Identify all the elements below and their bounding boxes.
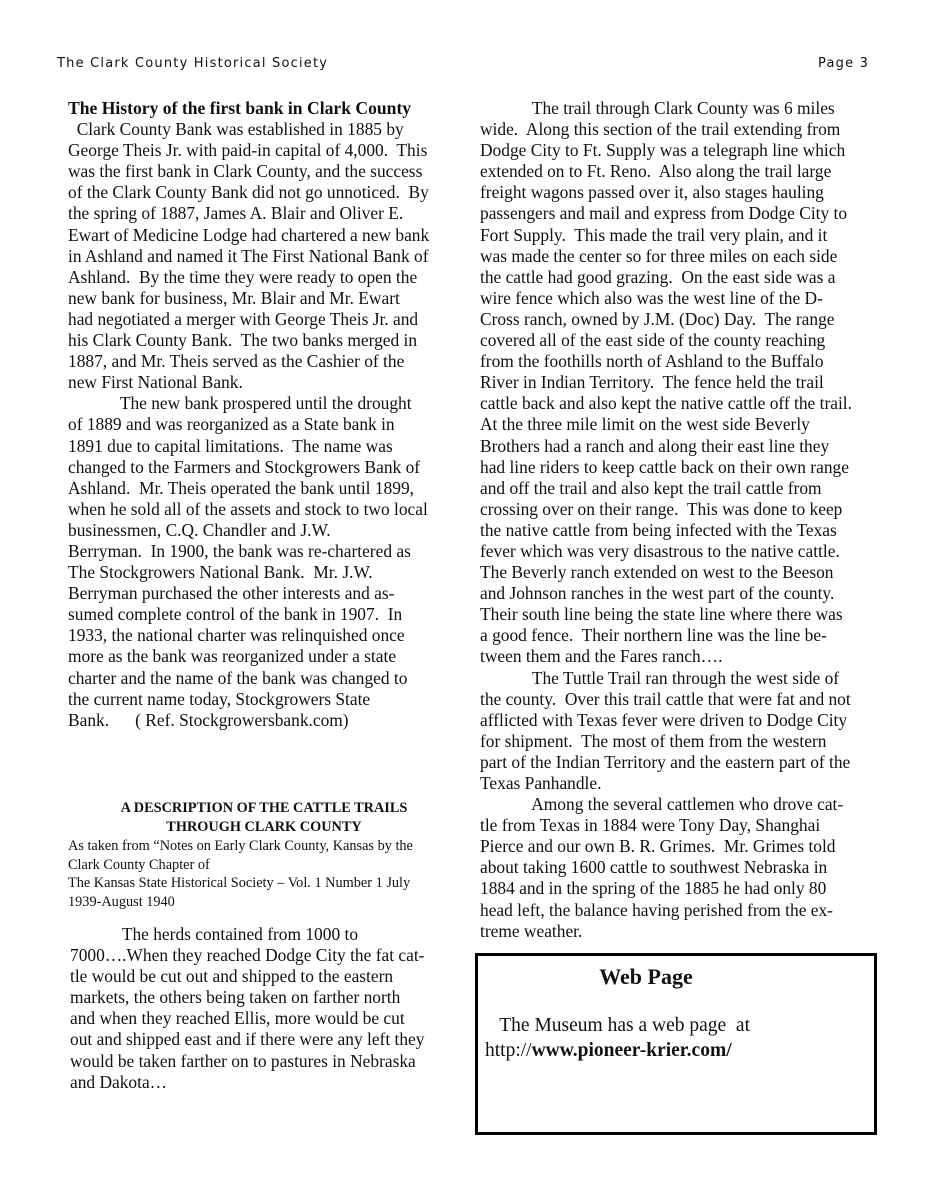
article-line: At the three mile limit on the west side… <box>480 414 880 435</box>
web-box-description: The Museum has a web page at <box>485 1015 750 1036</box>
section-title-line-1: A DESCRIPTION OF THE CATTLE TRAILS <box>68 799 460 818</box>
paragraph-line: and when they reached Ellis, more would … <box>70 1008 462 1029</box>
article-line: Their south line being the state line wh… <box>480 604 880 625</box>
article-line: The Tuttle Trail ran through the west si… <box>480 668 880 689</box>
paragraph-line: The herds contained from 1000 to <box>70 924 462 945</box>
article-line: businessmen, C.Q. Chandler and J.W. <box>68 520 460 541</box>
article-line: was made the center so for three miles o… <box>480 246 880 267</box>
article-line: the spring of 1887, James A. Blair and O… <box>68 203 460 224</box>
article-line: Texas Panhandle. <box>480 773 880 794</box>
article-line: 1891 due to capital limitations. The nam… <box>68 436 460 457</box>
article-line: The Stockgrowers National Bank. Mr. J.W. <box>68 562 460 583</box>
article-line: the native cattle from being infected wi… <box>480 520 880 541</box>
article-line: crossing over on their range. This was d… <box>480 499 880 520</box>
article-line: the current name today, Stockgrowers Sta… <box>68 689 460 710</box>
web-box-text: The Museum has a web page at http://www.… <box>485 1013 750 1063</box>
article-line: Fort Supply. This made the trail very pl… <box>480 225 880 246</box>
paragraph-line: markets, the others being taken on farth… <box>70 987 462 1008</box>
article-line: freight wagons passed over it, also stag… <box>480 182 880 203</box>
article-line: Brothers had a ranch and along their eas… <box>480 436 880 457</box>
article-line: Pierce and our own B. R. Grimes. Mr. Gri… <box>480 836 880 857</box>
bank-history-article: The History of the first bank in Clark C… <box>68 98 460 731</box>
article-line: the county. Over this trail cattle that … <box>480 689 880 710</box>
article-line: cattle back and also kept the native cat… <box>480 393 880 414</box>
article-line: tween them and the Fares ranch…. <box>480 646 880 667</box>
article-line: treme weather. <box>480 921 880 942</box>
web-page-box: Web Page The Museum has a web page at ht… <box>475 953 877 1135</box>
article-line: and Johnson ranches in the west part of … <box>480 583 880 604</box>
article-line: about taking 1600 cattle to southwest Ne… <box>480 857 880 878</box>
article-line: charter and the name of the bank was cha… <box>68 668 460 689</box>
article-line: new bank for business, Mr. Blair and Mr.… <box>68 288 460 309</box>
citation-line: As taken from “Notes on Early Clark Coun… <box>68 837 460 856</box>
article-line: had line riders to keep cattle back on t… <box>480 457 880 478</box>
article-line: Dodge City to Ft. Supply was a telegraph… <box>480 140 880 161</box>
article-line: in Ashland and named it The First Nation… <box>68 246 460 267</box>
article-line: Clark County Bank was established in 188… <box>68 119 460 140</box>
article-line: The trail through Clark County was 6 mil… <box>480 98 880 119</box>
article-line: the cattle had good grazing. On the east… <box>480 267 880 288</box>
article-line: Berryman purchased the other interests a… <box>68 583 460 604</box>
article-line: covered all of the east side of the coun… <box>480 330 880 351</box>
article-line: his Clark County Bank. The two banks mer… <box>68 330 460 351</box>
article-line: had negotiated a merger with George Thei… <box>68 309 460 330</box>
article-line: tle from Texas in 1884 were Tony Day, Sh… <box>480 815 880 836</box>
article-line: Ashland. Mr. Theis operated the bank unt… <box>68 478 460 499</box>
citation-line: Clark County Chapter of <box>68 856 460 875</box>
article-line: The new bank prospered until the drought <box>68 393 460 414</box>
article-line: a good fence. Their northern line was th… <box>480 625 880 646</box>
article-line: 1933, the national charter was relinquis… <box>68 625 460 646</box>
section-source-citation: As taken from “Notes on Early Clark Coun… <box>68 837 460 911</box>
article-line: The Beverly ranch extended on west to th… <box>480 562 880 583</box>
article-line: sumed complete control of the bank in 19… <box>68 604 460 625</box>
cattle-trail-article: The trail through Clark County was 6 mil… <box>480 98 880 942</box>
article-line: changed to the Farmers and Stockgrowers … <box>68 457 460 478</box>
article-line: Among the several cattlemen who drove ca… <box>480 794 880 815</box>
article-line: Ashland. By the time they were ready to … <box>68 267 460 288</box>
article-line: Ewart of Medicine Lodge had chartered a … <box>68 225 460 246</box>
article-line: Cross ranch, owned by J.M. (Doc) Day. Th… <box>480 309 880 330</box>
article-line: head left, the balance having perished f… <box>480 900 880 921</box>
article-line: of the Clark County Bank did not go unno… <box>68 182 460 203</box>
article-line: for shipment. The most of them from the … <box>480 731 880 752</box>
article-title: The History of the first bank in Clark C… <box>68 98 460 119</box>
article-line: Berryman. In 1900, the bank was re-chart… <box>68 541 460 562</box>
article-line: extended on to Ft. Reno. Also along the … <box>480 161 880 182</box>
article-line: wire fence which also was the west line … <box>480 288 880 309</box>
article-line: 1887, and Mr. Theis served as the Cashie… <box>68 351 460 372</box>
paragraph-line: out and shipped east and if there were a… <box>70 1029 462 1050</box>
web-box-title: Web Page <box>478 964 874 990</box>
herds-paragraph: The herds contained from 1000 to7000….Wh… <box>70 924 462 1093</box>
article-line: was the first bank in Clark County, and … <box>68 161 460 182</box>
paragraph-line: tle would be cut out and shipped to the … <box>70 966 462 987</box>
citation-line: The Kansas State Historical Society – Vo… <box>68 874 460 893</box>
publication-title: The Clark County Historical Society <box>57 56 328 71</box>
article-line: more as the bank was reorganized under a… <box>68 646 460 667</box>
paragraph-line: and Dakota… <box>70 1072 462 1093</box>
paragraph-line: 7000….When they reached Dodge City the f… <box>70 945 462 966</box>
article-line: afflicted with Texas fever were driven t… <box>480 710 880 731</box>
article-line: George Theis Jr. with paid-in capital of… <box>68 140 460 161</box>
article-line: passengers and mail and express from Dod… <box>480 203 880 224</box>
article-line: from the foothills north of Ashland to t… <box>480 351 880 372</box>
article-line: and off the trail and also kept the trai… <box>480 478 880 499</box>
article-line: River in Indian Territory. The fence hel… <box>480 372 880 393</box>
web-url-link[interactable]: www.pioneer-krier.com/ <box>532 1040 732 1061</box>
article-body: Clark County Bank was established in 188… <box>68 119 460 731</box>
article-line: when he sold all of the assets and stock… <box>68 499 460 520</box>
article-line: Bank. ( Ref. Stockgrowersbank.com) <box>68 710 460 731</box>
section-title-line-2: THROUGH CLARK COUNTY <box>68 818 460 837</box>
cattle-trails-section: A DESCRIPTION OF THE CATTLE TRAILS THROU… <box>68 799 460 911</box>
page-number: Page 3 <box>818 56 869 71</box>
article-line: of 1889 and was reorganized as a State b… <box>68 414 460 435</box>
citation-line: 1939-August 1940 <box>68 893 460 912</box>
article-line: part of the Indian Territory and the eas… <box>480 752 880 773</box>
web-url-prefix[interactable]: http:// <box>485 1040 532 1061</box>
article-line: 1884 and in the spring of the 1885 he ha… <box>480 878 880 899</box>
article-line: new First National Bank. <box>68 372 460 393</box>
article-line: fever which was very disastrous to the n… <box>480 541 880 562</box>
paragraph-line: would be taken farther on to pastures in… <box>70 1051 462 1072</box>
article-line: wide. Along this section of the trail ex… <box>480 119 880 140</box>
